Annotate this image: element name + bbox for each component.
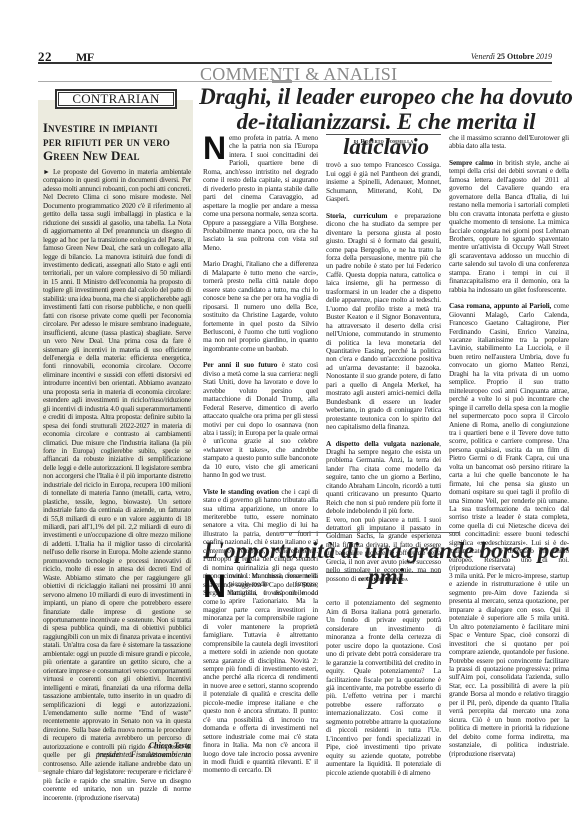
article2-column-3: 3 mila unità. Per le micro-imprese, star… [449, 572, 569, 766]
article1-paragraph: trovò a suo tempo Francesco Cossiga. Lui… [326, 160, 441, 203]
byline-author: Carlo Pelanda [366, 576, 408, 583]
article2-byline: di Carlo Pelanda [326, 572, 441, 587]
article1-column-3: che il massimo scranno dell'Eurotower gl… [449, 134, 569, 581]
sidebar-author: Chicco Testa [43, 741, 191, 750]
issue-date: Venerdì 25 Ottobre 2019 [471, 52, 552, 61]
article1-paragraph: come Giovanni Malagò, Carlo Calenda, Fra… [449, 301, 569, 572]
article-divider [280, 532, 460, 533]
article2-paragraph: 3 mila unità. Per le micro-imprese, star… [449, 571, 569, 758]
article1-paragraph: e preparazione dicono che ha studiato da… [326, 211, 441, 431]
contrarian-label: CONTRARIAN [55, 89, 177, 109]
sidebar-headline-line: Investire in impianti [43, 121, 193, 135]
article2-paragraph: certo il potenziamento del segmento Aim … [326, 598, 441, 776]
byline-prefix: di [359, 577, 364, 583]
article1-dropcap: N [203, 135, 226, 161]
section-rule-accent [272, 80, 292, 83]
sidebar-author-role: presidente Fise Assoambiente [43, 750, 191, 759]
masthead: 22 MF Venerdì 25 Ottobre 2019 [38, 49, 552, 63]
sidebar-signature: Chicco Testa presidente Fise Assoambient… [43, 741, 191, 759]
article1-paragraph: è stato così diviso a metà come la sua c… [203, 360, 318, 479]
article1-paragraph: , Draghi ha sempre negato che esista un … [326, 439, 441, 516]
article2-dropcap: N [203, 573, 226, 599]
article1-paragraph: Mario Draghi, l'italiano che a differenz… [203, 259, 318, 353]
sidebar-headline-line: Green New Deal [43, 149, 193, 163]
article1-column-2: di Roberto Sommella trovò a suo tempo Fr… [326, 134, 441, 591]
sidebar-headline-line: per rifiuti per un vero [43, 135, 193, 149]
date-day-month: 25 Ottobre [497, 52, 534, 61]
triangle-bullet-icon: ► [43, 168, 50, 176]
article1-paragraph: che il massimo scranno dell'Eurotower gl… [449, 133, 569, 150]
article1-byline: di Roberto Sommella [326, 134, 441, 149]
sidebar-headline: Investire in impianti per rifiuti per un… [43, 121, 193, 163]
date-weekday: Venerdì [471, 52, 495, 61]
article2-column-2: di Carlo Pelanda certo il potenziamento … [326, 572, 441, 785]
date-year: 2019 [536, 52, 552, 61]
article1-paragraph: in british style, anche ai tempi della c… [449, 158, 569, 294]
sidebar-body: ► Le proposte del Governo in materia amb… [43, 168, 191, 802]
sidebar-body-text: Le proposte del Governo in materia ambie… [43, 168, 191, 802]
article2-column-1: N ovità 1: un numero crescente di piccol… [203, 572, 318, 783]
byline-author: Roberto Sommella [361, 138, 414, 145]
byline-prefix: di [354, 139, 359, 145]
section-rule [38, 81, 552, 82]
